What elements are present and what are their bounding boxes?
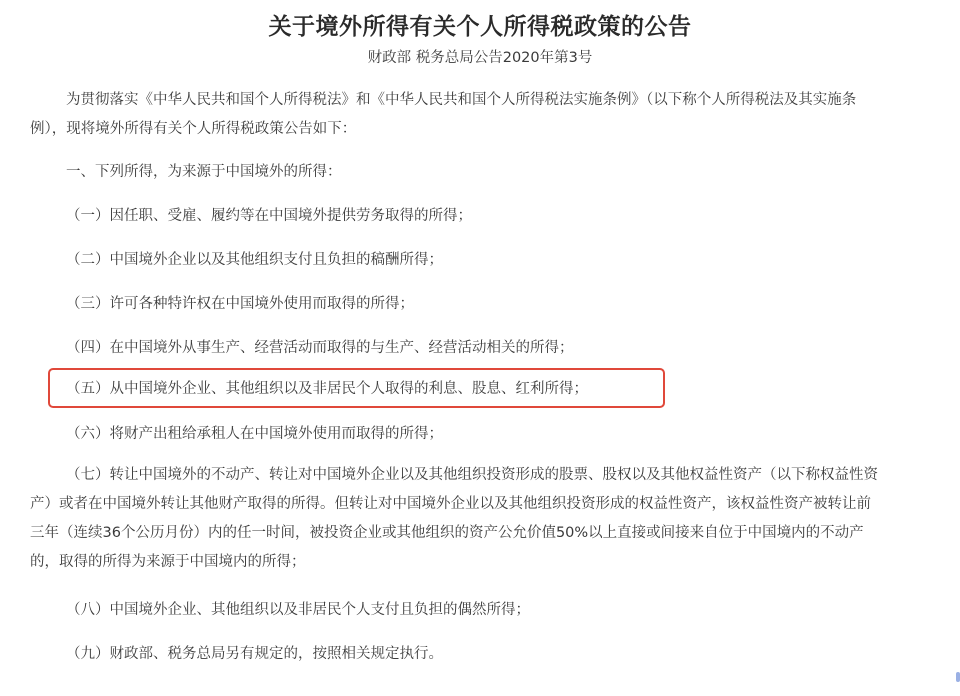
list-item-6: （六）将财产出租给承租人在中国境外使用而取得的所得；: [66, 420, 443, 449]
intro-line-1: 为贯彻落实《中华人民共和国个人所得税法》和《中华人民共和国个人所得税法实施条例》…: [30, 86, 856, 115]
list-item-7-line-2: 产）或者在中国境外转让其他财产取得的所得。但转让对中国境外企业以及其他组织投资形…: [30, 490, 878, 519]
list-item-3: （三）许可各种特许权在中国境外使用而取得的所得；: [66, 290, 414, 319]
list-item-2: （二）中国境外企业以及其他组织支付且负担的稿酬所得；: [66, 246, 443, 275]
scroll-indicator-icon: [956, 672, 960, 682]
list-item-5-highlighted: （五）从中国境外企业、其他组织以及非居民个人取得的利息、股息、红利所得；: [66, 375, 588, 404]
list-item-7-line-4: 的，取得的所得为来源于中国境内的所得；: [30, 548, 878, 577]
list-item-7-line-1: （七）转让中国境外的不动产、转让对中国境外企业以及其他组织投资形成的股票、股权以…: [30, 461, 878, 490]
list-item-1: （一）因任职、受雇、履约等在中国境外提供劳务取得的所得；: [66, 202, 472, 231]
document-subtitle: 财政部 税务总局公告2020年第3号: [0, 46, 960, 67]
document-title: 关于境外所得有关个人所得税政策的公告: [0, 8, 960, 41]
list-item-8: （八）中国境外企业、其他组织以及非居民个人支付且负担的偶然所得；: [66, 596, 530, 625]
list-item-7-line-3: 三年（连续36个公历月份）内的任一时间，被投资企业或其他组织的资产公允价值50%…: [30, 519, 878, 548]
section-heading: 一、下列所得，为来源于中国境外的所得：: [66, 158, 342, 187]
list-item-7: （七）转让中国境外的不动产、转让对中国境外企业以及其他组织投资形成的股票、股权以…: [30, 461, 878, 577]
intro-line-2: 例），现将境外所得有关个人所得税政策公告如下：: [30, 115, 856, 144]
list-item-4: （四）在中国境外从事生产、经营活动而取得的与生产、经营活动相关的所得；: [66, 334, 574, 363]
intro-paragraph: 为贯彻落实《中华人民共和国个人所得税法》和《中华人民共和国个人所得税法实施条例》…: [30, 86, 856, 144]
list-item-9: （九）财政部、税务总局另有规定的，按照相关规定执行。: [66, 640, 443, 669]
